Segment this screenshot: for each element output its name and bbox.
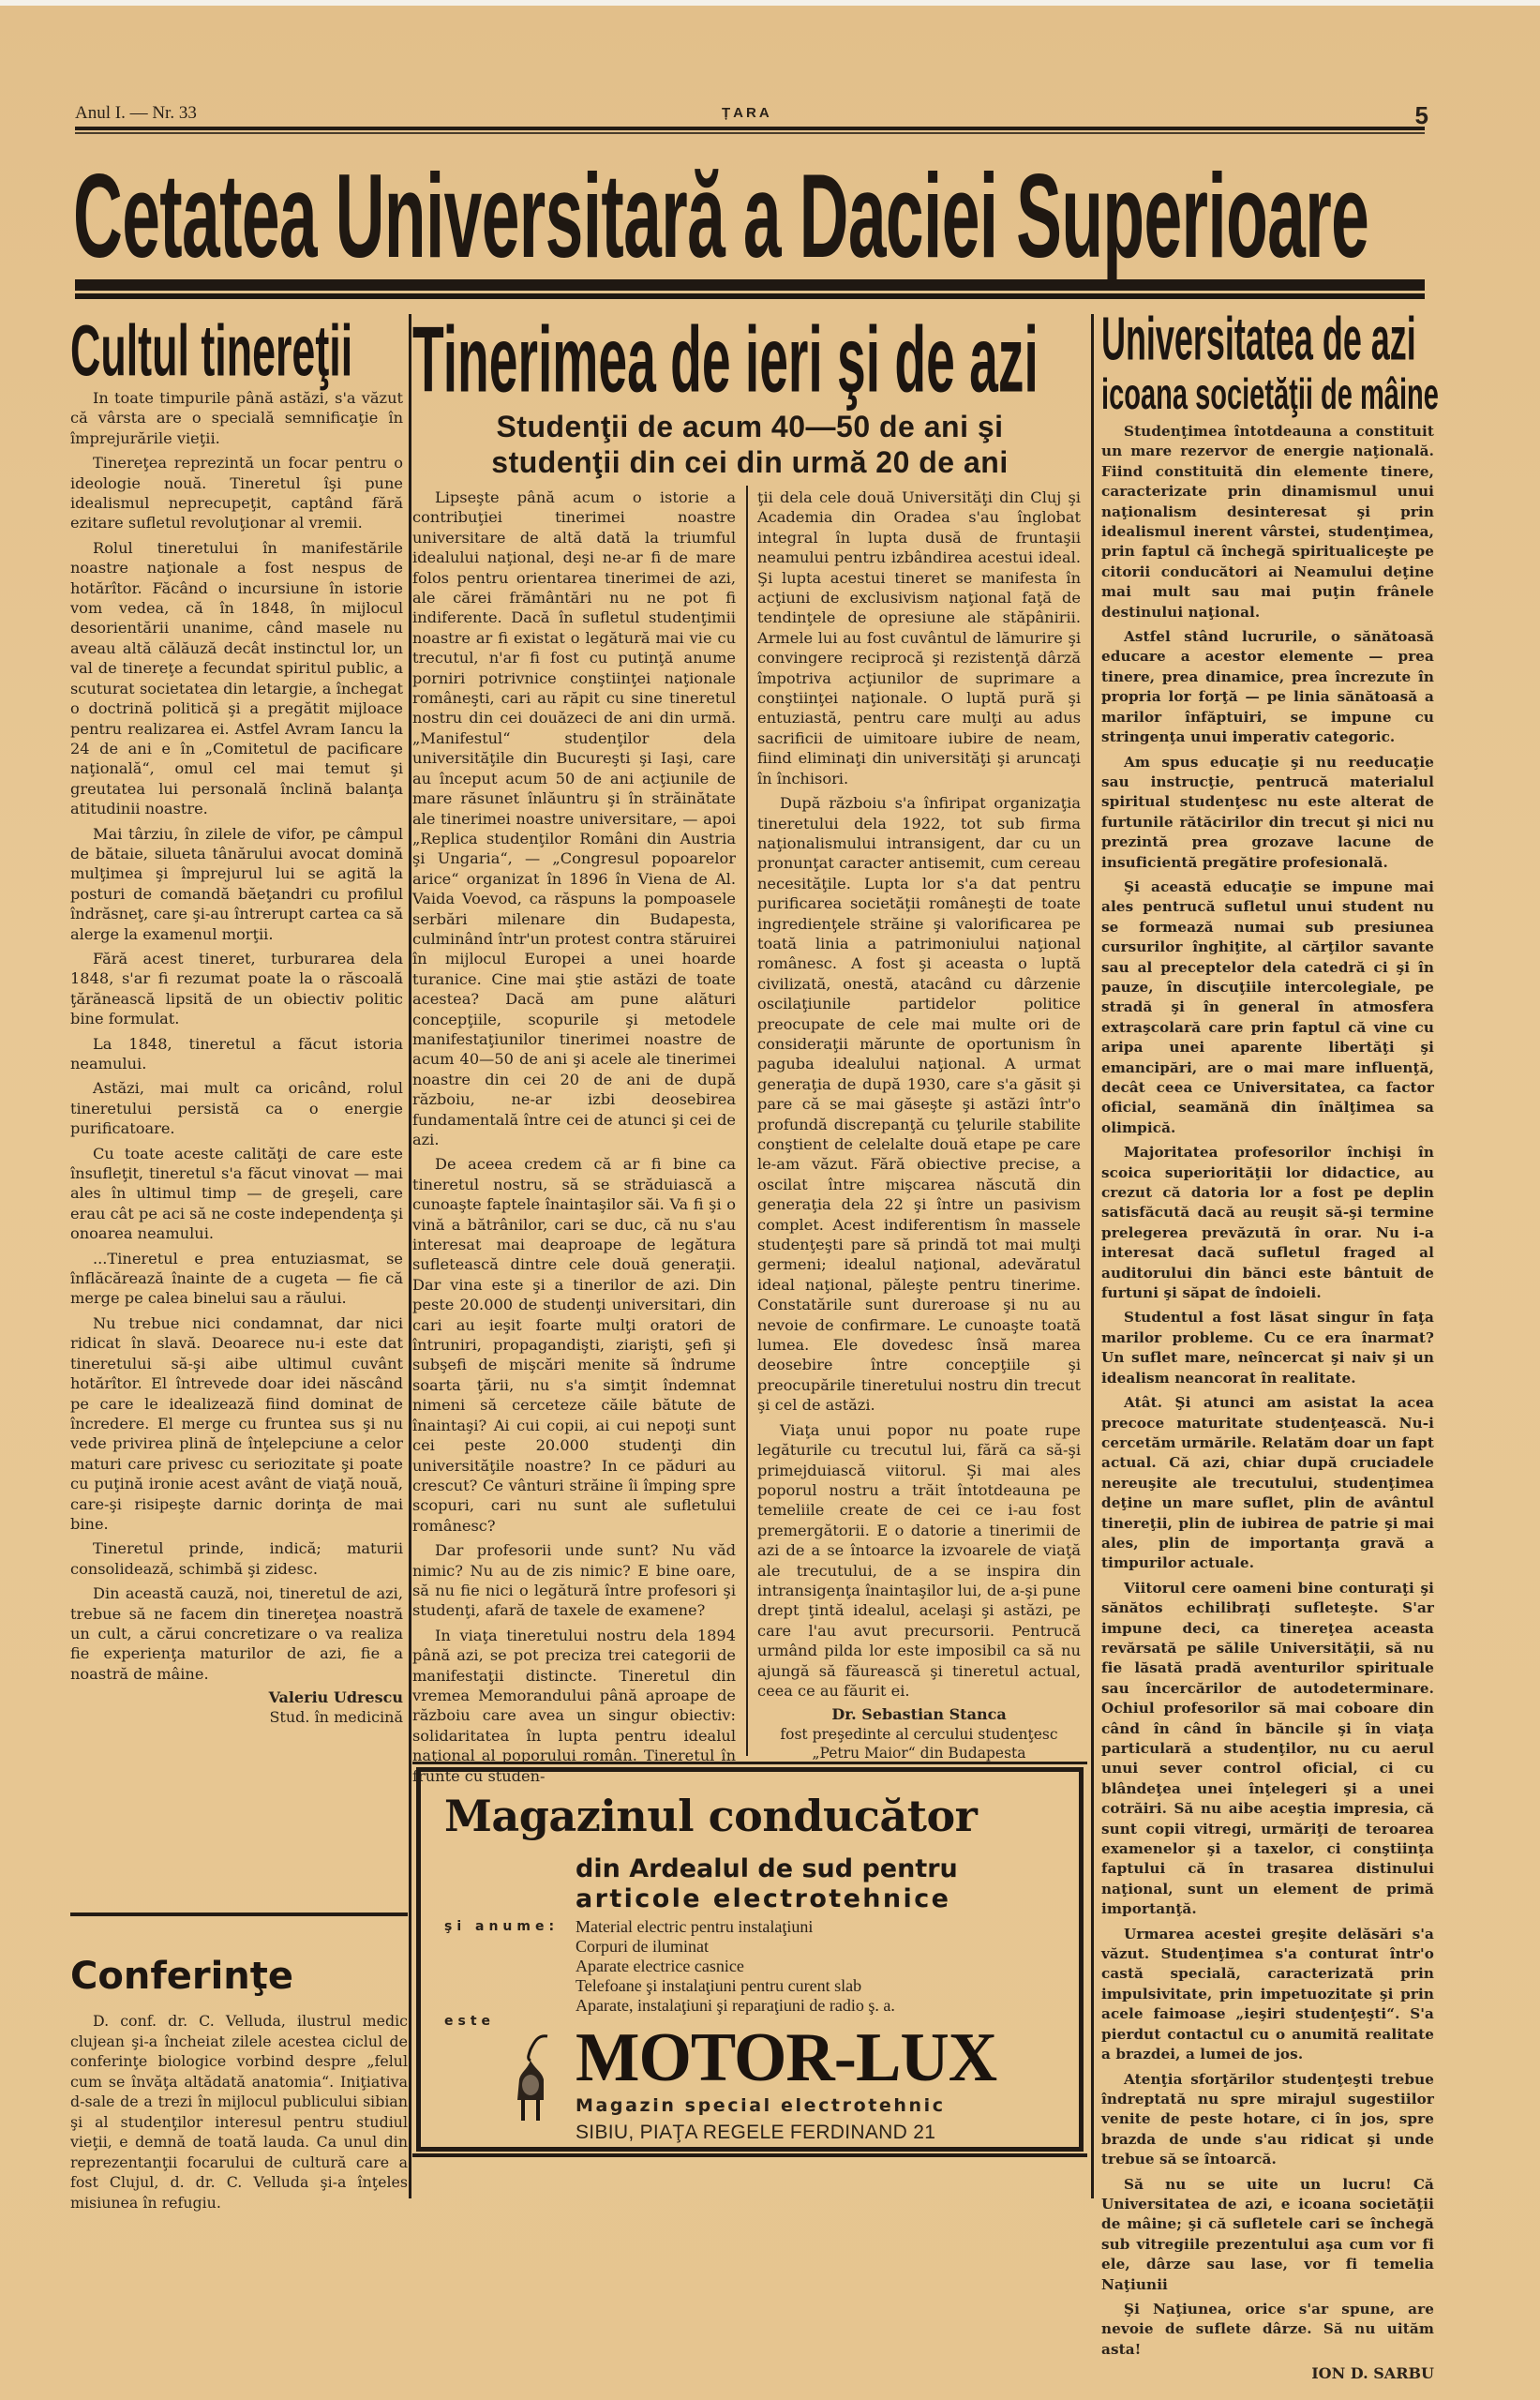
paragraph: In toate timpurile până astăzi, s'a văzu…	[70, 388, 403, 448]
masthead-rule	[75, 127, 1425, 130]
paragraph: Majoritatea profesorilor închişi în scoi…	[1101, 1143, 1434, 1303]
article-body: In toate timpurile până astăzi, s'a văzu…	[70, 388, 403, 1684]
article-subtitle: Studenţii de acum 40—50 de ani şi studen…	[412, 409, 1087, 480]
article-column-a: Lipseşte până acum o istorie a contribuţ…	[412, 487, 736, 1786]
paragraph: D. conf. dr. C. Velluda, ilustrul medic …	[70, 2011, 408, 2212]
ad-product-item: Corpuri de iluminat	[576, 1937, 895, 1957]
ad-label-namely: şi anume:	[444, 1919, 559, 1934]
section-divider	[70, 1912, 408, 1916]
author-name: Dr. Sebastian Stanca	[757, 1704, 1081, 1724]
column-rule-left	[409, 314, 411, 2198]
paper-name: ȚARA	[722, 105, 772, 121]
author-note: „Petru Maior“ din Budapesta	[757, 1744, 1081, 1762]
author-note: fost preşedinte al cercului studenţesc	[757, 1725, 1081, 1744]
masthead-rule-thin	[75, 132, 1425, 134]
conferinte-body: D. conf. dr. C. Velluda, ilustrul medic …	[70, 2011, 408, 2212]
motor-lux-advertisement: Magazinul conducător din Ardealul de sud…	[416, 1767, 1084, 2152]
paragraph: După războiu s'a înfiripat organizaţia t…	[757, 793, 1081, 1416]
ad-product-item: Telefoane şi instalaţiuni pentru curent …	[576, 1976, 895, 1996]
paragraph: Astăzi, mai mult ca oricând, rolul tiner…	[70, 1078, 403, 1138]
paragraph: Tinereţea reprezintă un focar pentru o i…	[70, 453, 403, 533]
paragraph: Şi Naţiunea, orice s'ar spune, are nevoi…	[1101, 2300, 1434, 2360]
article-title: Tinerimea de ieri şi de azi	[412, 309, 1093, 411]
ad-border-top	[412, 1762, 1087, 1764]
paragraph: Astfel stând lucrurile, o sănătoasă educ…	[1101, 627, 1434, 747]
ad-label-is: este	[444, 2014, 495, 2029]
paragraph: Mai târziu, în zilele de vifor, pe câmpu…	[70, 824, 403, 944]
ad-product-item: Aparate electrice casnice	[576, 1957, 895, 1976]
paragraph: Din această cauză, noi, tineretul de azi…	[70, 1583, 403, 1684]
ad-tagline: Magazin special electrotehnic	[576, 2095, 946, 2116]
ad-product-list: Material electric pentru instalaţiuni Co…	[576, 1917, 895, 2016]
paragraph: Fără acest tineret, turburarea dela 1848…	[70, 949, 403, 1029]
article-tinerimea: Tinerimea de ieri şi de azi Studenţii de…	[412, 309, 1087, 480]
author-name: Valeriu Udrescu	[70, 1687, 403, 1707]
inner-column-rule	[746, 486, 748, 1756]
article-title: Universitatea de azi	[1101, 309, 1439, 370]
paragraph: Am spus educaţie şi nu reeducaţie sau in…	[1101, 753, 1434, 873]
banner-rule-thick	[75, 279, 1425, 291]
ad-product-item: Aparate, instalaţiuni şi reparaţiuni de …	[576, 1996, 895, 2016]
paragraph: ţii dela cele două Universităţi din Cluj…	[757, 487, 1081, 788]
paragraph: Atenţia sforţărilor studenţeşti trebue î…	[1101, 2070, 1434, 2170]
paragraph: Viitorul cere oameni bine conturaţi şi s…	[1101, 1579, 1434, 1920]
page-edge	[0, 0, 1540, 6]
paragraph: Viaţa unui popor nu poate rupe legăturil…	[757, 1420, 1081, 1702]
ad-product-item: Material electric pentru instalaţiuni	[576, 1917, 895, 1937]
ad-subheadline: din Ardealul de sud pentru articole elec…	[576, 1854, 958, 1914]
banner-rule-thin	[75, 293, 1425, 299]
paragraph: Urmarea acestei greşite delăsări s'a văz…	[1101, 1925, 1434, 2065]
conferinte-title: Conferinţe	[70, 1955, 293, 1998]
article-universitatea: Universitatea de azi icoana societăţii d…	[1101, 309, 1434, 2383]
paragraph: La 1848, tineretul a făcut istoria neamu…	[70, 1034, 403, 1074]
paragraph: Lipseşte până acum o istorie a contribuţ…	[412, 487, 736, 1149]
paragraph: Dar profesorii unde sunt? Nu văd nimic? …	[412, 1540, 736, 1621]
ad-border-bottom	[412, 2153, 1087, 2157]
article-title: Cultul tinereţii	[70, 309, 406, 392]
paragraph: Şi această educaţie se impune mai ales p…	[1101, 877, 1434, 1138]
ad-address: SIBIU, PIAŢA REGELE FERDINAND 21	[576, 2122, 935, 2144]
paragraph: Rolul tineretului în manifestările noast…	[70, 538, 403, 819]
paragraph: Nu trebue nici condamnat, dar nici ridic…	[70, 1313, 403, 1534]
article-column-b: ţii dela cele două Universităţi din Cluj…	[757, 487, 1081, 1762]
paragraph: Atât. Şi atunci am asistat la acea preco…	[1101, 1393, 1434, 1574]
article-cultul-tineretii: Cultul tinereţii In toate timpurile până…	[70, 309, 403, 1727]
banner-headline: Cetatea Universitară a Daciei Superioare	[73, 141, 912, 292]
article-body: Studenţimea întotdeauna a constituit un …	[1101, 422, 1434, 2360]
author-name: ION D. SARBU	[1101, 2363, 1434, 2383]
issue-number: Anul I. — Nr. 33	[75, 103, 197, 124]
paragraph: Studentul a fost lăsat singur în faţa ma…	[1101, 1308, 1434, 1388]
paragraph: Să nu se uite un lucru! Că Universitatea…	[1101, 2175, 1434, 2295]
paragraph: Studenţimea întotdeauna a constituit un …	[1101, 422, 1434, 622]
column-rule-right	[1091, 314, 1094, 2198]
newspaper-page: Anul I. — Nr. 33 ȚARA 5 Cetatea Universi…	[0, 0, 1540, 2400]
electric-plug-icon	[510, 2032, 552, 2122]
author-title: Stud. în medicină	[70, 1707, 403, 1727]
article-subtitle: icoana societăţii de mâine	[1101, 371, 1435, 418]
paragraph: Cu toate aceste calităţi de care este în…	[70, 1144, 403, 1244]
ad-brand: MOTOR-LUX	[576, 2023, 996, 2092]
paragraph: ...Tineretul e prea entuziasmat, se înfl…	[70, 1249, 403, 1309]
paragraph: Tineretul prinde, indică; maturii consol…	[70, 1538, 403, 1579]
paragraph: De aceea credem că ar fi bine ca tineret…	[412, 1154, 736, 1536]
masthead: Anul I. — Nr. 33 ȚARA 5	[75, 103, 1425, 127]
ad-headline: Magazinul conducător	[444, 1791, 977, 1841]
